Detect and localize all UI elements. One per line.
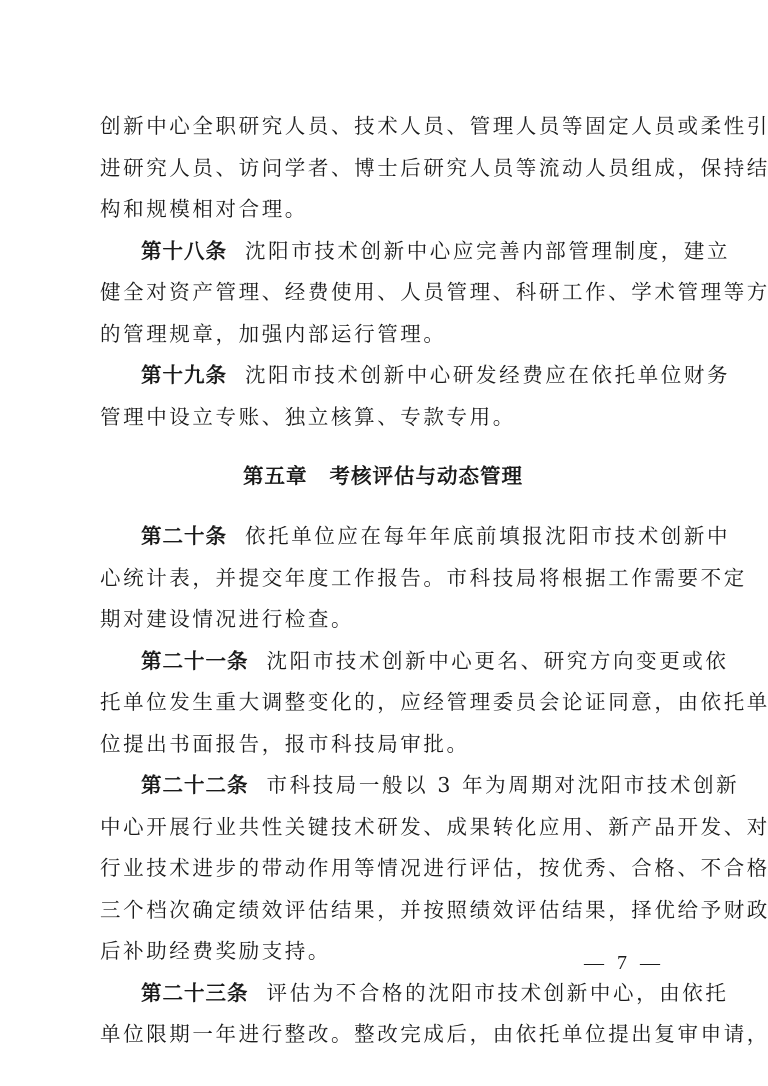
text-line: 进研究人员、访问学者、博士后研究人员等流动人员组成，保持结 [100,148,666,190]
article-23: 第二十三条评估为不合格的沈阳市技术创新中心，由依托 单位限期一年进行整改。整改完… [100,973,666,1056]
article-text: 评估为不合格的沈阳市技术创新中心，由依托 [267,981,729,1005]
text-line: 第二十一条沈阳市技术创新中心更名、研究方向变更或依 [100,641,666,683]
text-line: 健全对资产管理、经费使用、人员管理、科研工作、学术管理等方面 [100,272,666,314]
page-number: — 7 — [584,952,664,975]
article-18: 第十八条沈阳市技术创新中心应完善内部管理制度，建立 健全对资产管理、经费使用、人… [100,231,666,356]
chapter-title: 考核评估与动态管理 [330,464,524,488]
text-line: 的管理规章，加强内部运行管理。 [100,314,666,356]
text-line: 第十八条沈阳市技术创新中心应完善内部管理制度，建立 [100,231,666,273]
article-text: 沈阳市技术创新中心更名、研究方向变更或依 [267,649,729,673]
article-19: 第十九条沈阳市技术创新中心研发经费应在依托单位财务 管理中设立专账、独立核算、专… [100,355,666,438]
text-line: 第二十条依托单位应在每年年底前填报沈阳市技术创新中 [100,516,666,558]
article-number: 第十九条 [141,363,227,387]
article-text: 沈阳市技术创新中心应完善内部管理制度，建立 [245,239,730,263]
text-line: 管理中设立专账、独立核算、专款专用。 [100,397,666,439]
article-text: 依托单位应在每年年底前填报沈阳市技术创新中 [245,524,730,548]
article-number: 第十八条 [141,239,227,263]
document-page: 创新中心全职研究人员、技术人员、管理人员等固定人员或柔性引 进研究人员、访问学者… [100,106,666,1056]
article-number: 第二十二条 [141,773,249,797]
text-line: 托单位发生重大调整变化的，应经管理委员会论证同意，由依托单 [100,682,666,724]
article-20: 第二十条依托单位应在每年年底前填报沈阳市技术创新中 心统计表，并提交年度工作报告… [100,516,666,641]
article-text: 沈阳市技术创新中心研发经费应在依托单位财务 [245,363,730,387]
chapter-number: 第五章 [243,464,308,488]
text-line: 期对建设情况进行检查。 [100,599,666,641]
text-line: 第二十三条评估为不合格的沈阳市技术创新中心，由依托 [100,973,666,1015]
article-number: 第二十条 [141,524,227,548]
text-line: 中心开展行业共性关键技术研发、成果转化应用、新产品开发、对 [100,807,666,849]
text-line: 行业技术进步的带动作用等情况进行评估，按优秀、合格、不合格 [100,848,666,890]
text-line: 创新中心全职研究人员、技术人员、管理人员等固定人员或柔性引 [100,106,666,148]
text-line: 第二十二条市科技局一般以 3 年为周期对沈阳市技术创新 [100,765,666,807]
text-line: 心统计表，并提交年度工作报告。市科技局将根据工作需要不定 [100,558,666,600]
text-line: 构和规模相对合理。 [100,189,666,231]
article-text: 市科技局一般以 3 年为周期对沈阳市技术创新 [267,773,740,797]
article-number: 第二十一条 [141,649,249,673]
text-line: 后补助经费奖励支持。 [100,931,666,973]
text-line: 单位限期一年进行整改。整改完成后，由依托单位提出复审申请， [100,1014,666,1056]
article-22: 第二十二条市科技局一般以 3 年为周期对沈阳市技术创新 中心开展行业共性关键技术… [100,765,666,973]
paragraph-continuation: 创新中心全职研究人员、技术人员、管理人员等固定人员或柔性引 进研究人员、访问学者… [100,106,666,231]
article-21: 第二十一条沈阳市技术创新中心更名、研究方向变更或依 托单位发生重大调整变化的，应… [100,641,666,766]
chapter-heading: 第五章考核评估与动态管理 [100,438,666,516]
text-line: 第十九条沈阳市技术创新中心研发经费应在依托单位财务 [100,355,666,397]
text-line: 三个档次确定绩效评估结果，并按照绩效评估结果，择优给予财政 [100,890,666,932]
article-number: 第二十三条 [141,981,249,1005]
text-line: 位提出书面报告，报市科技局审批。 [100,724,666,766]
